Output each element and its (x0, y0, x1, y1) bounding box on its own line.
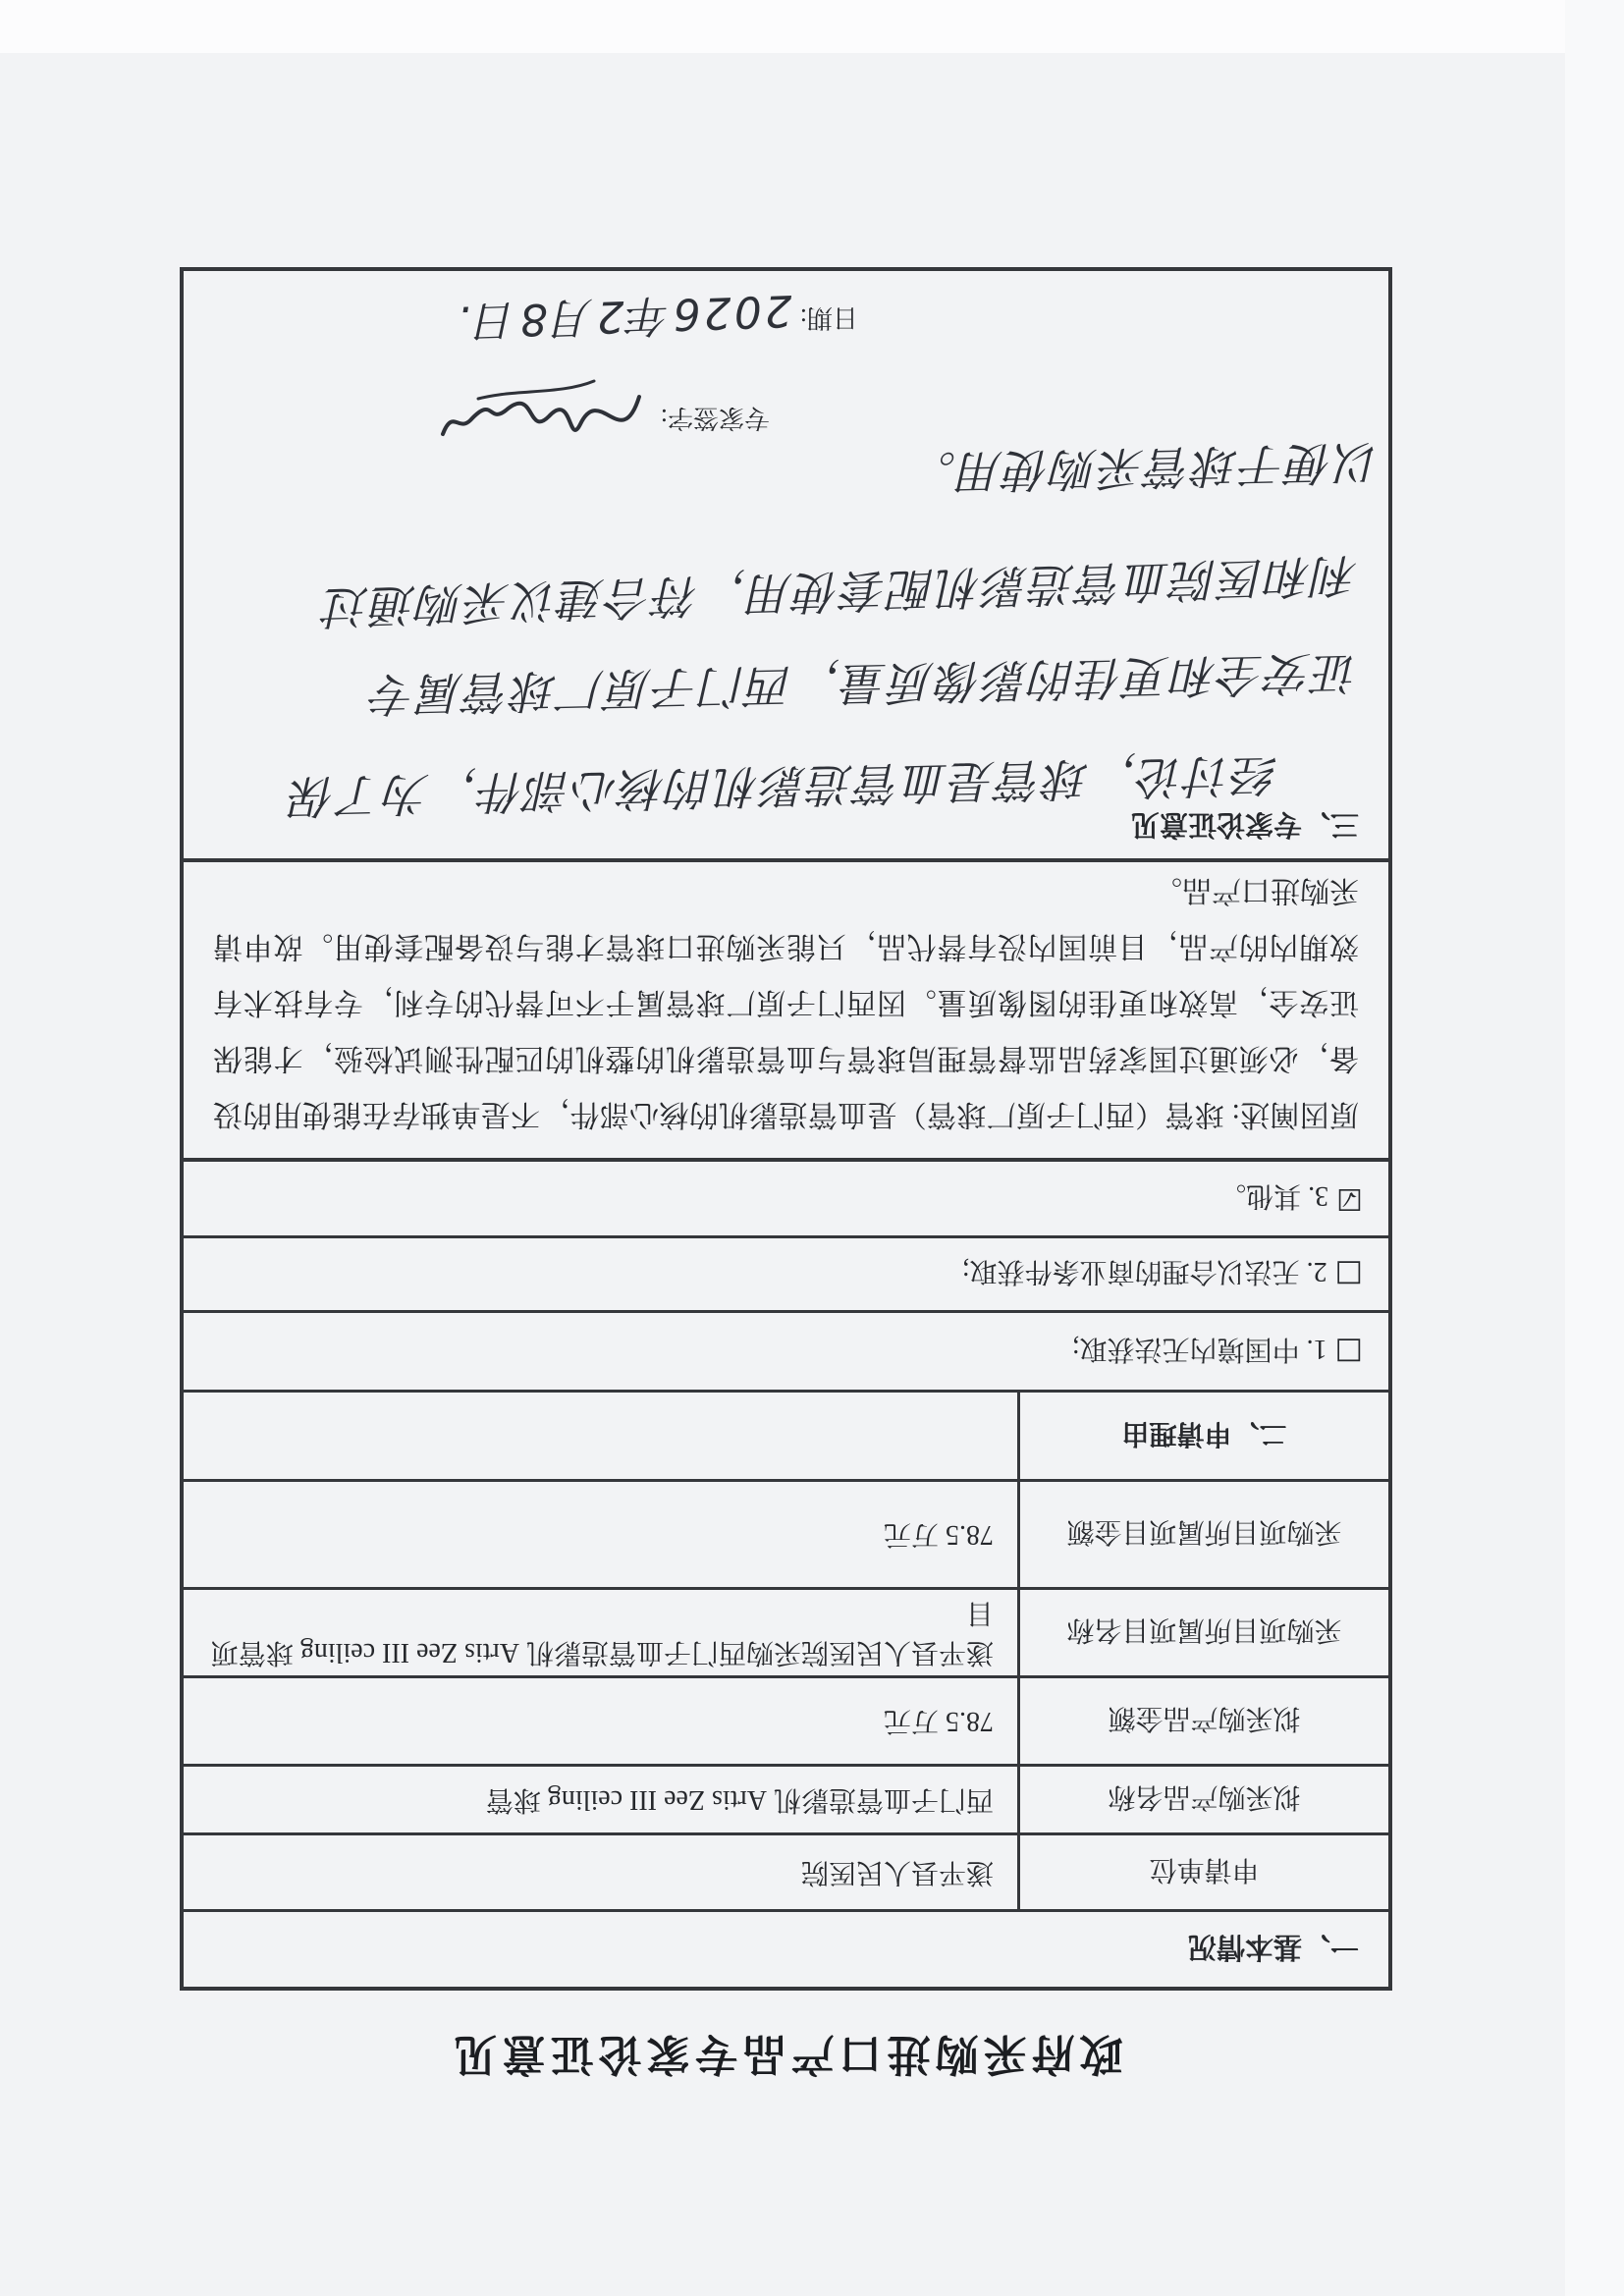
table-row: 采购项目所属项目金额 78.5 万元 (184, 1479, 1388, 1587)
section-basic-info: 一、基本情况 (184, 1909, 1388, 1987)
signature-row: 专家签字: (435, 373, 770, 467)
row-value-product-name: 西门子血管造影机 Artis Zee III ceiling 球管 (184, 1767, 1017, 1832)
application-reason-empty-cell (184, 1393, 1017, 1479)
row-label-product-amount: 拟采购产品金额 (1017, 1678, 1388, 1764)
checkbox-unchecked-icon: □ (1335, 1337, 1363, 1366)
table-row: 采购项目所属项目名称 遂平县人民医院采购西门子血管造影机 Artis Zee I… (184, 1587, 1388, 1675)
expert-signature (435, 373, 651, 467)
handwritten-opinion-line: 证安全和更佳的影像质量，西门子原厂球管属专 (369, 647, 1360, 721)
date-row: 日期: 2026年2月8日. (455, 289, 858, 352)
rotated-document: 政府采购进口产品专家论证意见 一、基本情况 申请单位 遂平县人民医院 拟采购产品… (0, 0, 1624, 2296)
row-label-applicant: 申请单位 (1017, 1835, 1388, 1909)
row-value-product-amount: 78.5 万元 (184, 1678, 1017, 1764)
section-application-reason-row: 二、申请理由 (184, 1390, 1388, 1479)
row-label-project-name: 采购项目所属项目名称 (1017, 1590, 1388, 1675)
checkbox-checked-icon: ☑ (1336, 1184, 1363, 1214)
reason-option-1: □ 1. 中国境内无法获取; (184, 1310, 1388, 1390)
expert-opinion-cell: 三、专家论证意见 经讨论，球管是血管造影机的核心部件，为了保 证安全和更佳的影像… (184, 263, 1388, 858)
row-value-project-name: 遂平县人民医院采购西门子血管造影机 Artis Zee III ceiling … (184, 1590, 1017, 1675)
scanner-edge-right (1565, 0, 1624, 2296)
main-form-table: 一、基本情况 申请单位 遂平县人民医院 拟采购产品名称 西门子血管造影机 Art… (180, 267, 1392, 1991)
section-application-reason: 二、申请理由 (1017, 1393, 1388, 1479)
reason-option-label: 2. 无法以合理的商业条件获取; (962, 1255, 1327, 1294)
row-value-applicant: 遂平县人民医院 (184, 1835, 1017, 1909)
section-expert-opinion: 三、专家论证意见 (1131, 806, 1359, 847)
row-label-product-name: 拟采购产品名称 (1017, 1767, 1388, 1832)
handwritten-opinion-line: 利和医院血管造影机配套使用，符合建议采购通过 (321, 549, 1359, 632)
date-label: 日期: (800, 302, 858, 339)
scanner-edge-top (0, 0, 1624, 53)
page-title: 政府采购进口产品专家论证意见 (180, 2027, 1392, 2090)
handwritten-opinion-line: 以便于球管采购使用。 (908, 437, 1380, 499)
reason-option-label: 3. 其他。 (1218, 1179, 1328, 1219)
reason-option-2: □ 2. 无法以合理的商业条件获取; (184, 1235, 1388, 1310)
table-row: 申请单位 遂平县人民医院 (184, 1832, 1388, 1909)
signature-label: 专家签字: (661, 403, 770, 439)
table-row: 拟采购产品名称 西门子血管造影机 Artis Zee III ceiling 球… (184, 1764, 1388, 1832)
handwritten-date: 2026年2月8日. (454, 283, 793, 357)
row-label-project-amount: 采购项目所属项目金额 (1017, 1482, 1388, 1587)
reason-option-label: 1. 中国境内无法获取; (1072, 1332, 1327, 1371)
checkbox-unchecked-icon: □ (1335, 1260, 1363, 1289)
scanned-page: 政府采购进口产品专家论证意见 一、基本情况 申请单位 遂平县人民医院 拟采购产品… (0, 0, 1624, 2296)
reason-statement-paragraph: 原因阐述: 球管（西门子原厂球管）是血管造影机的核心部件，不是单独存在能使用的设… (184, 858, 1388, 1158)
reason-option-3: ☑ 3. 其他。 (184, 1158, 1388, 1235)
row-value-project-amount: 78.5 万元 (184, 1482, 1017, 1587)
table-row: 拟采购产品金额 78.5 万元 (184, 1675, 1388, 1764)
